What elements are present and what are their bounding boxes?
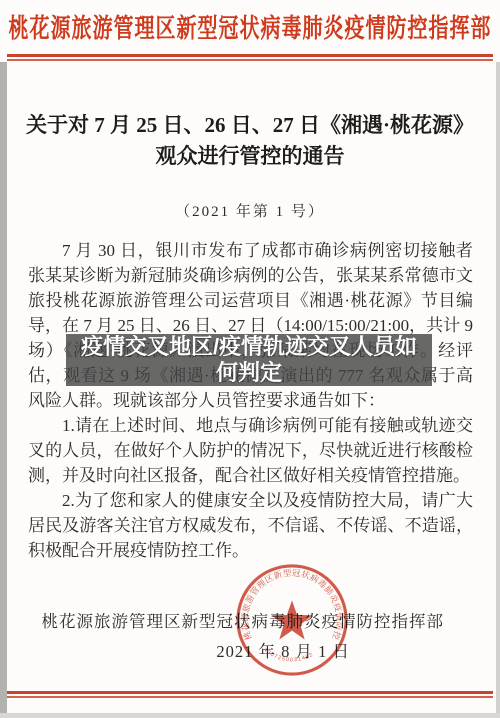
paragraph-requirement-2: 2.为了您和家人的健康安全以及疫情防控大局，请广大居民及游客关注官方权威发布，不… (28, 488, 473, 563)
signature-org: 桃花源旅游管理区新型冠状病毒肺炎疫情防控指挥部 (0, 608, 444, 632)
caption-overlay: 疫情交叉地区/疫情轨迹交叉人员如 何判定 (66, 334, 432, 386)
photo-edge-bottom (0, 713, 500, 718)
doc-number: （2021 年第 1 号） (0, 200, 500, 221)
seal-star-icon (271, 600, 312, 639)
paragraph-requirement-1: 1.请在上述时间、地点与确诊病例可能有接触或轨迹交叉的人员，在做好个人防护的情况… (28, 413, 473, 488)
footer-double-rule (7, 691, 493, 698)
caption-line2: 何判定 (216, 360, 282, 386)
notice-title: 关于对 7 月 25 日、26 日、27 日《湘遇·桃花源》 观众进行管控的通告 (0, 110, 500, 172)
official-seal: 桃花源旅游管理区新型冠状病毒肺炎疫情防控指挥部 4307250031462 (233, 561, 351, 679)
seal-code: 4307250031462 (262, 647, 315, 663)
notice-body: 7 月 30 日，银川市发布了成都市确诊病例密切接触者张某某诊断为新冠肺炎确诊病… (28, 238, 473, 563)
notice-document: 桃花源旅游管理区新型冠状病毒肺炎疫情防控指挥部 关于对 7 月 25 日、26 … (0, 0, 500, 718)
notice-title-line2: 观众进行管控的通告 (0, 141, 500, 172)
letterhead-double-rule (7, 54, 493, 61)
notice-title-line1: 关于对 7 月 25 日、26 日、27 日《湘遇·桃花源》 (0, 110, 500, 141)
paragraph-announcement: 7 月 30 日，银川市发布了成都市确诊病例密切接触者张某某诊断为新冠肺炎确诊病… (28, 238, 473, 413)
letterhead-org-name: 桃花源旅游管理区新型冠状病毒肺炎疫情防控指挥部 (0, 7, 500, 51)
caption-line1: 疫情交叉地区/疫情轨迹交叉人员如 (81, 334, 417, 360)
svg-text:4307250031462: 4307250031462 (262, 647, 315, 663)
